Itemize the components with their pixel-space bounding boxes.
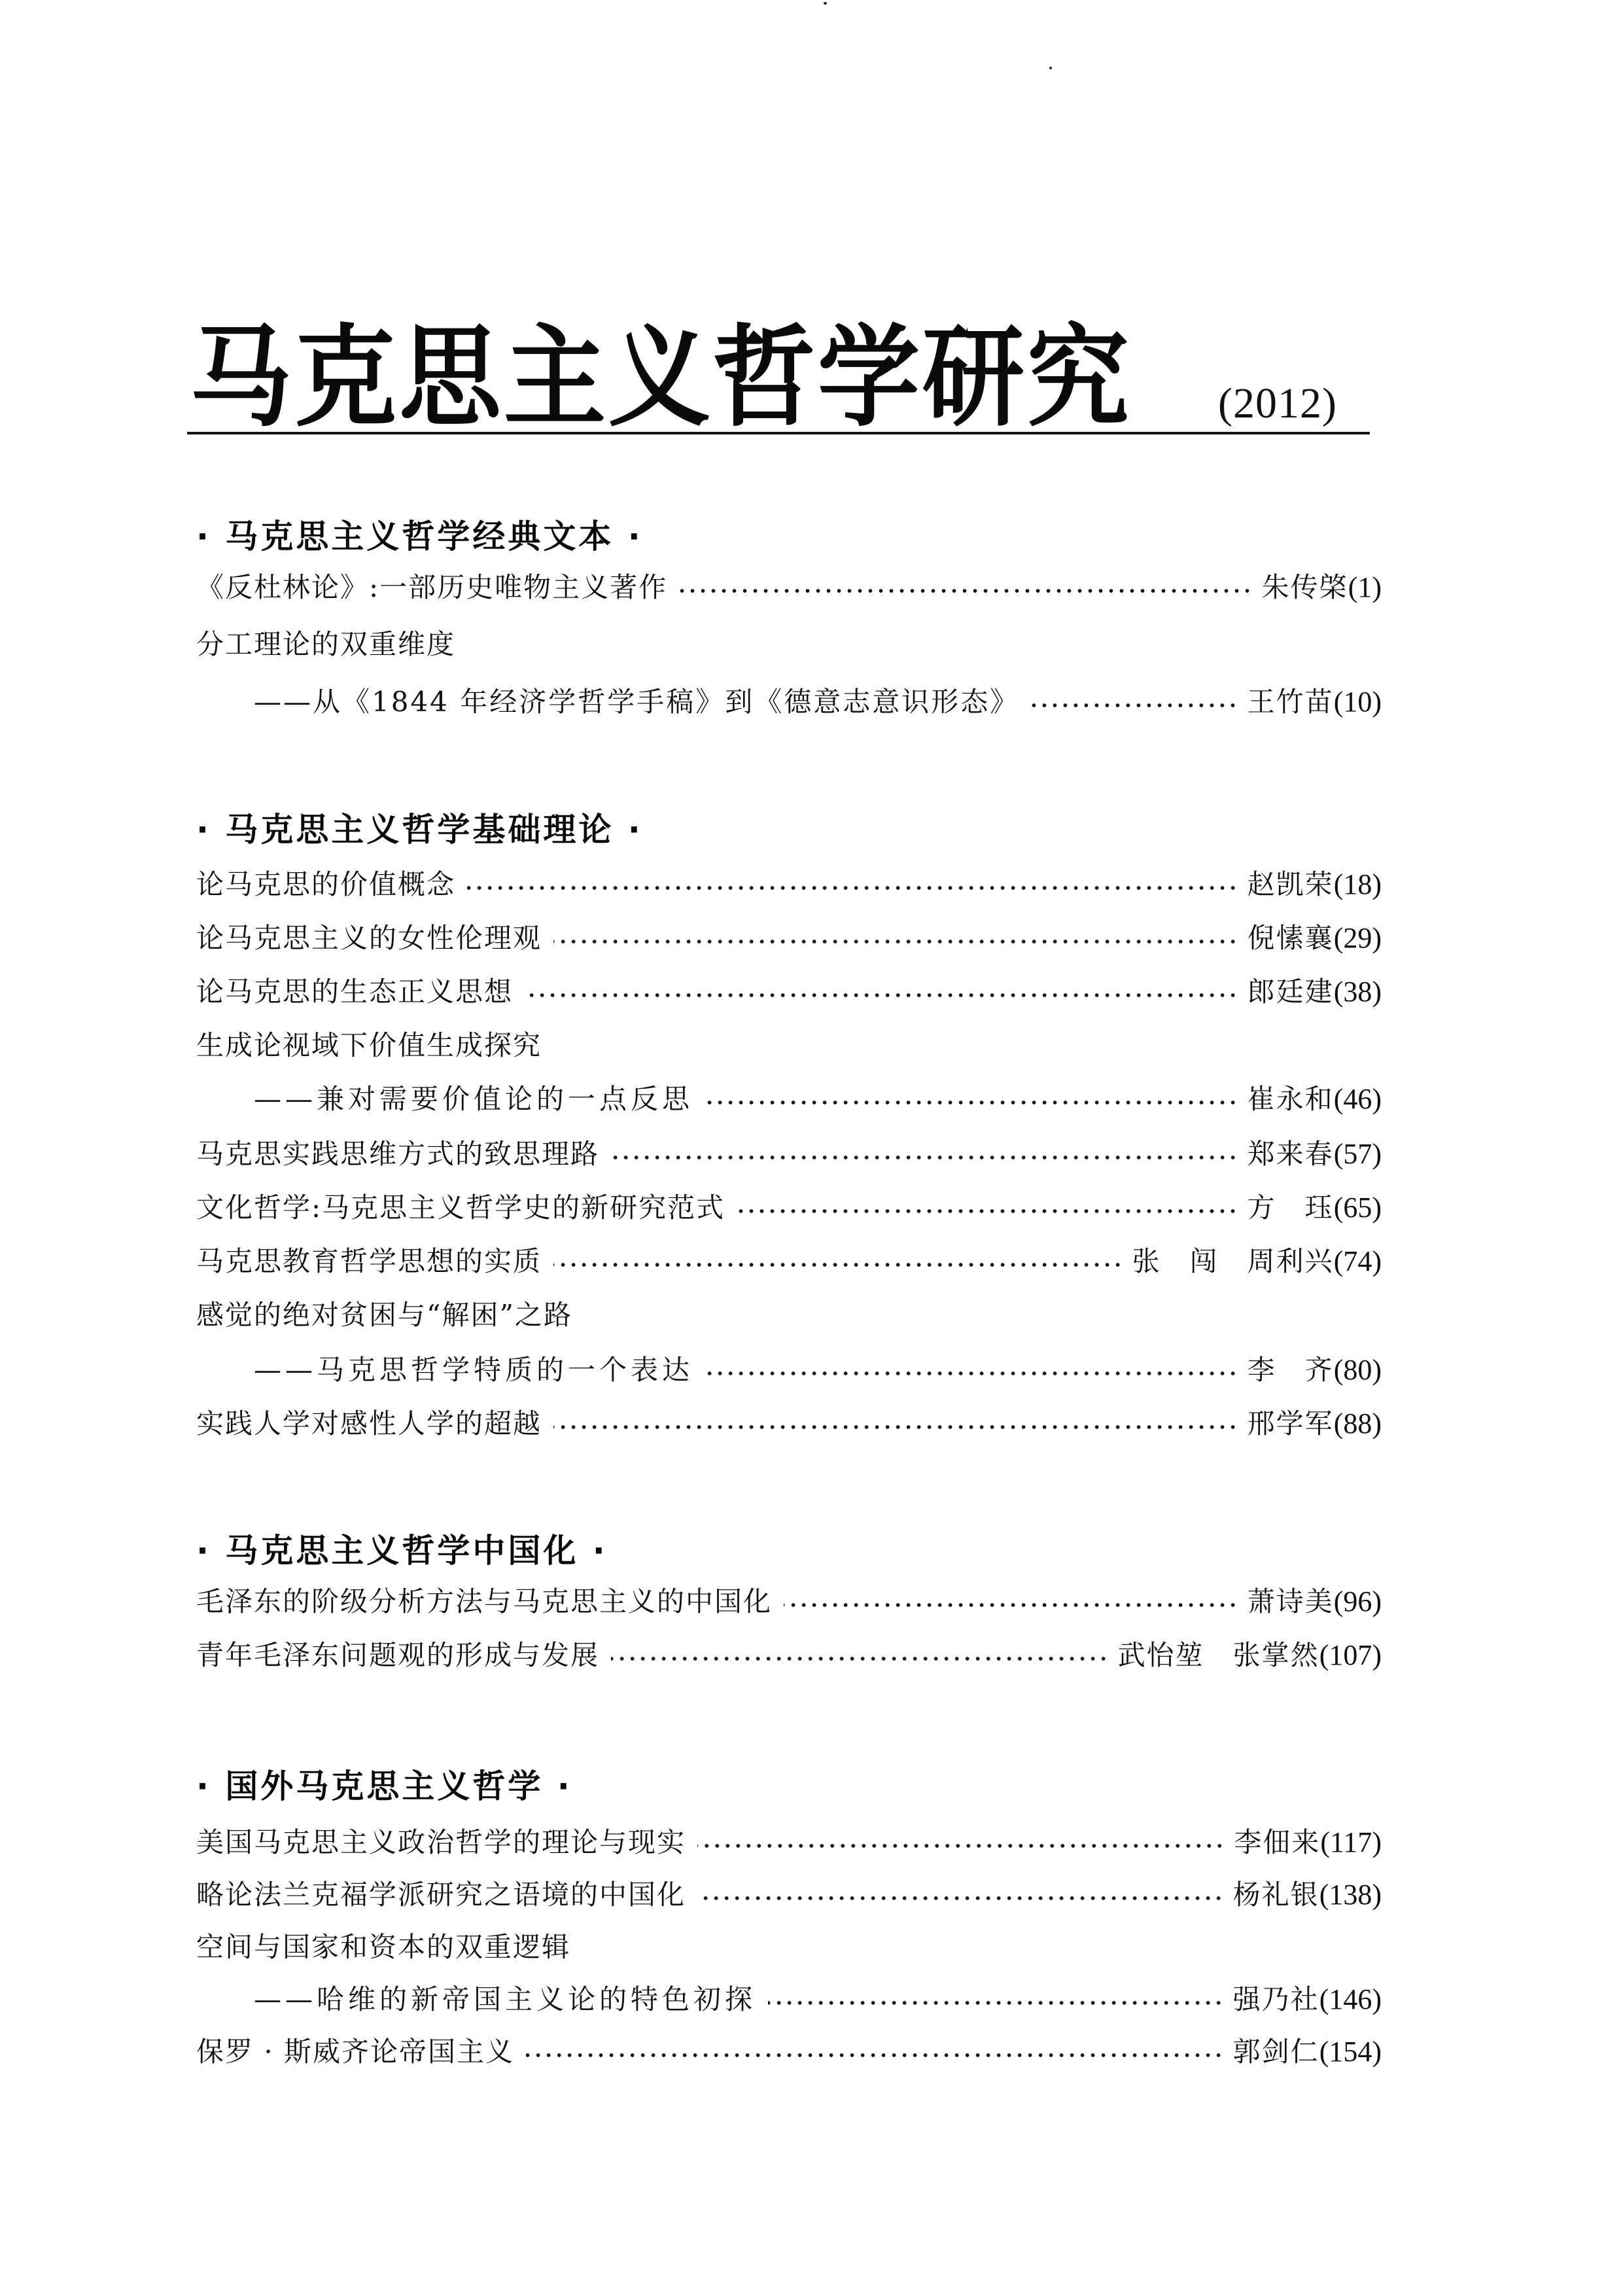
toc-entry[interactable]: 青年毛泽东问题观的形成与发展 武怡堃 张掌然 (107): [196, 1636, 1382, 1675]
dot-leader: [525, 993, 1238, 997]
entry-page: (146): [1319, 1980, 1382, 2019]
scan-speck: [1049, 67, 1052, 69]
entry-page: (65): [1334, 1188, 1382, 1227]
entry-title: 青年毛泽东问题观的形成与发展: [196, 1636, 599, 1675]
dot-leader: [553, 940, 1238, 944]
toc-entry-subtitle[interactable]: ——哈维的新帝国主义论的特色初探 强乃社 (146): [196, 1980, 1382, 2019]
toc-entry[interactable]: 实践人学对感性人学的超越 邢学军 (88): [196, 1404, 1382, 1443]
entry-subtitle: ——马克思哲学特质的一个表达: [196, 1351, 693, 1390]
dot-leader: [737, 1209, 1238, 1213]
entry-title: 略论法兰克福学派研究之语境的中国化: [196, 1875, 686, 1915]
toc-entry[interactable]: 论马克思主义的女性伦理观 倪愫襄 (29): [196, 919, 1382, 958]
toc-entry[interactable]: 感觉的绝对贫困与“解困”之路: [196, 1296, 1382, 1335]
toc-entry[interactable]: 保罗 · 斯威齐论帝国主义 郭剑仁 (154): [196, 2032, 1382, 2072]
entry-author: 赵凯荣: [1248, 865, 1334, 904]
entry-subtitle: ——兼对需要价值论的一点反思: [196, 1080, 693, 1119]
entry-title: 分工理论的双重维度: [196, 625, 455, 664]
entry-author: 强乃社: [1233, 1980, 1319, 2019]
entry-title: 马克思实践思维方式的致思理路: [196, 1135, 599, 1174]
entry-page: (80): [1334, 1351, 1382, 1390]
entry-author: 李 齐: [1248, 1351, 1334, 1390]
entry-page: (107): [1319, 1636, 1382, 1675]
toc-entry-subtitle[interactable]: ——从《1844 年经济学哲学手稿》到《德意志意识形态》 王竹苗 (10): [196, 682, 1382, 722]
toc-entry[interactable]: 空间与国家和资本的双重逻辑: [196, 1928, 1382, 1967]
entry-page: (154): [1319, 2032, 1382, 2072]
toc-entry[interactable]: 《反杜林论》:一部历史唯物主义著作 朱传棨 (1): [196, 568, 1382, 607]
toc-entry-subtitle[interactable]: ——马克思哲学特质的一个表达 李 齐 (80): [196, 1351, 1382, 1390]
entry-title: 空间与国家和资本的双重逻辑: [196, 1928, 570, 1967]
entry-title: 《反杜林论》:一部历史唯物主义著作: [196, 568, 667, 607]
toc-entry[interactable]: 马克思教育哲学思想的实质 张 闯 周利兴 (74): [196, 1242, 1382, 1281]
entry-title: 论马克思的价值概念: [196, 865, 455, 904]
entry-title: 实践人学对感性人学的超越: [196, 1404, 542, 1443]
entry-author: 郑来春: [1248, 1135, 1334, 1174]
entry-author: 李佃来: [1234, 1823, 1320, 1862]
toc-entry[interactable]: 文化哲学:马克思主义哲学史的新研究范式 方 珏 (65): [196, 1188, 1382, 1227]
dot-leader: [1031, 703, 1238, 707]
dot-leader: [679, 589, 1253, 593]
section-header-sinicization: · 马克思主义哲学中国化 ·: [196, 1531, 608, 1570]
dot-leader: [697, 1844, 1225, 1848]
section-header-basic-theory: · 马克思主义哲学基础理论 ·: [196, 810, 643, 849]
toc-entry[interactable]: 马克思实践思维方式的致思理路 郑来春 (57): [196, 1135, 1382, 1174]
dot-leader: [611, 1657, 1109, 1661]
entry-page: (117): [1320, 1823, 1382, 1862]
section-header-classic-texts: · 马克思主义哲学经典文本 ·: [196, 517, 643, 556]
entry-author: 萧诗美: [1248, 1582, 1334, 1621]
entry-author: 武怡堃 张掌然: [1118, 1636, 1319, 1675]
title-year: (2012): [1218, 382, 1337, 425]
title-underline: [187, 432, 1370, 434]
entry-subtitle: ——哈维的新帝国主义论的特色初探: [196, 1980, 756, 2019]
entry-author: 崔永和: [1248, 1080, 1334, 1119]
entry-page: (1): [1348, 568, 1382, 607]
toc-entry[interactable]: 美国马克思主义政治哲学的理论与现实 李佃来 (117): [196, 1823, 1382, 1862]
entry-title: 论马克思的生态正义思想: [196, 972, 513, 1012]
title-text: 马克思主义哲学研究: [190, 322, 1132, 432]
entry-title: 美国马克思主义政治哲学的理论与现实: [196, 1823, 686, 1862]
entry-subtitle: ——从《1844 年经济学哲学手稿》到《德意志意识形态》: [196, 682, 1019, 722]
entry-title: 马克思教育哲学思想的实质: [196, 1242, 542, 1281]
entry-author: 朱传棨: [1262, 568, 1348, 607]
entry-title: 保罗 · 斯威齐论帝国主义: [196, 2032, 514, 2072]
dot-leader: [611, 1156, 1238, 1159]
dot-leader: [768, 2001, 1224, 2005]
dot-leader: [784, 1603, 1238, 1607]
entry-author: 张 闯 周利兴: [1132, 1242, 1334, 1281]
entry-author: 郭剑仁: [1233, 2032, 1319, 2072]
toc-entry[interactable]: 生成论视域下价值生成探究: [196, 1026, 1382, 1065]
entry-title: 毛泽东的阶级分析方法与马克思主义的中国化: [196, 1582, 772, 1621]
document-title: 马克思主义哲学研究 (2012): [190, 308, 1374, 432]
entry-page: (96): [1334, 1582, 1382, 1621]
toc-entry[interactable]: 论马克思的价值概念 赵凯荣 (18): [196, 865, 1382, 904]
dot-leader: [697, 1896, 1224, 1900]
toc-entry[interactable]: 论马克思的生态正义思想 郎廷建 (38): [196, 972, 1382, 1012]
dot-leader: [705, 1101, 1238, 1104]
entry-title: 感觉的绝对贫困与“解困”之路: [196, 1296, 572, 1335]
entry-page: (38): [1334, 972, 1382, 1012]
entry-author: 方 珏: [1248, 1188, 1334, 1227]
section-header-foreign-marxism: · 国外马克思主义哲学 ·: [196, 1767, 572, 1806]
entry-title: 文化哲学:马克思主义哲学史的新研究范式: [196, 1188, 725, 1227]
entry-title: 生成论视域下价值生成探究: [196, 1026, 542, 1065]
entry-title: 论马克思主义的女性伦理观: [196, 919, 542, 958]
entry-author: 王竹苗: [1248, 682, 1334, 722]
entry-page: (10): [1334, 682, 1382, 722]
entry-author: 倪愫襄: [1248, 919, 1334, 958]
entry-page: (46): [1334, 1080, 1382, 1119]
toc-entry[interactable]: 略论法兰克福学派研究之语境的中国化 杨礼银 (138): [196, 1875, 1382, 1915]
entry-author: 邢学军: [1248, 1404, 1334, 1443]
dot-leader: [467, 886, 1238, 890]
entry-page: (138): [1319, 1875, 1382, 1915]
dot-leader: [553, 1263, 1123, 1267]
toc-entry[interactable]: 分工理论的双重维度: [196, 625, 1382, 664]
entry-page: (57): [1334, 1135, 1382, 1174]
entry-page: (18): [1334, 865, 1382, 904]
dot-leader: [553, 1425, 1238, 1429]
entry-page: (74): [1334, 1242, 1382, 1281]
dot-leader: [526, 2053, 1224, 2057]
entry-author: 杨礼银: [1233, 1875, 1319, 1915]
toc-entry[interactable]: 毛泽东的阶级分析方法与马克思主义的中国化 萧诗美 (96): [196, 1582, 1382, 1621]
entry-author: 郎廷建: [1248, 972, 1334, 1012]
toc-entry-subtitle[interactable]: ——兼对需要价值论的一点反思 崔永和 (46): [196, 1080, 1382, 1119]
entry-page: (88): [1334, 1404, 1382, 1443]
scan-speck: [824, 2, 827, 5]
dot-leader: [705, 1371, 1238, 1375]
entry-page: (29): [1334, 919, 1382, 958]
